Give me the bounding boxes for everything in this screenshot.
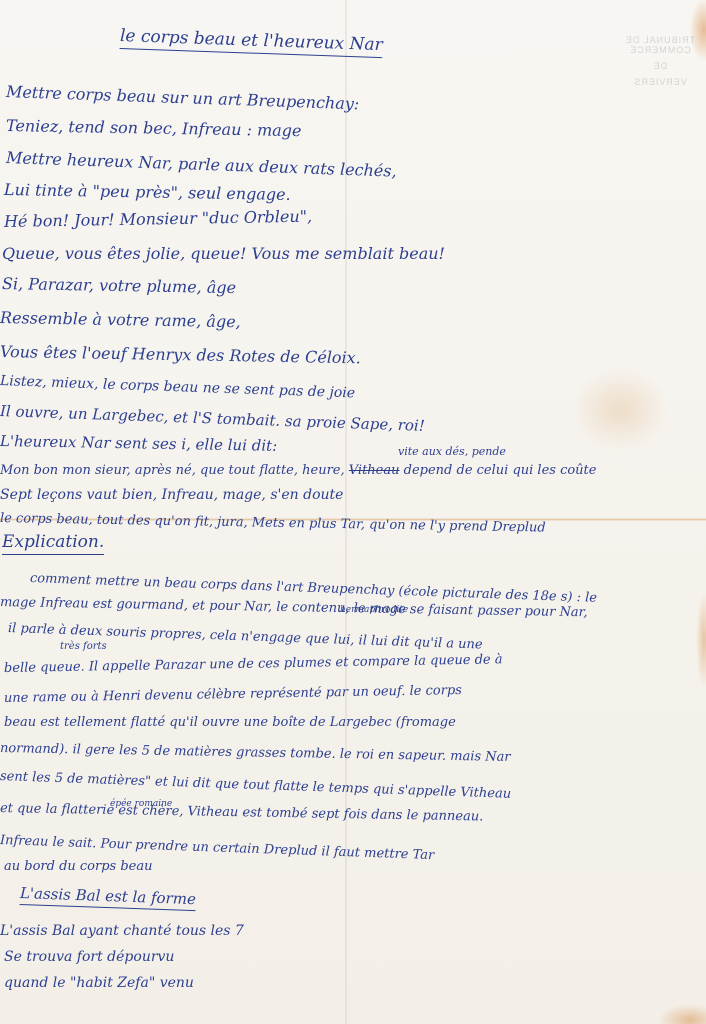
second-poem-line-1: L'assis Bal ayant chanté tous les 7 bbox=[0, 924, 244, 938]
print-line: TRIBUNAL DE COMMERCE bbox=[620, 35, 700, 55]
second-poem-line-3: quand le "habit Zefa" venu bbox=[4, 976, 194, 990]
line-13-text: Mon bon mon sieur, après né, que tout fl… bbox=[0, 463, 345, 478]
second-poem-line-2: Se trouva fort dépourvu bbox=[4, 950, 174, 964]
print-line: VERVIERS bbox=[620, 77, 700, 87]
struck-word: Vitheau bbox=[349, 463, 400, 478]
second-title: L'assis Bal est la forme bbox=[20, 886, 196, 907]
poem-line-6: Queue, vous êtes jolie, queue! Vous me s… bbox=[2, 246, 445, 262]
explanation-heading: Explication. bbox=[2, 534, 104, 551]
poem-line-13: Mon bon mon sieur, après né, que tout fl… bbox=[0, 464, 596, 477]
explanation-heading-text: Explication. bbox=[2, 532, 104, 555]
explanation-line-11: au bord du corps beau bbox=[4, 860, 152, 873]
poem-line-7: Si, Parazar, votre plume, âge bbox=[2, 276, 236, 296]
poem-line-8: Ressemble à votre rame, âge, bbox=[0, 310, 241, 330]
explanation-line-6: beau est tellement flatté qu'il ouvre un… bbox=[4, 716, 456, 729]
print-through-letterhead: TRIBUNAL DE COMMERCE DE VERVIERS bbox=[620, 35, 700, 93]
line-13-tail: depend de celui qui les coûte bbox=[404, 463, 597, 478]
print-line: DE bbox=[620, 61, 700, 71]
insertion-tres-forts: très forts bbox=[60, 642, 107, 652]
poem-line-14: Sept leçons vaut bien, Infreau, mage, s'… bbox=[0, 488, 343, 502]
insertion-above-line-13: vite aux dés, pende bbox=[398, 446, 506, 457]
vertical-fold-crease bbox=[345, 0, 347, 1024]
